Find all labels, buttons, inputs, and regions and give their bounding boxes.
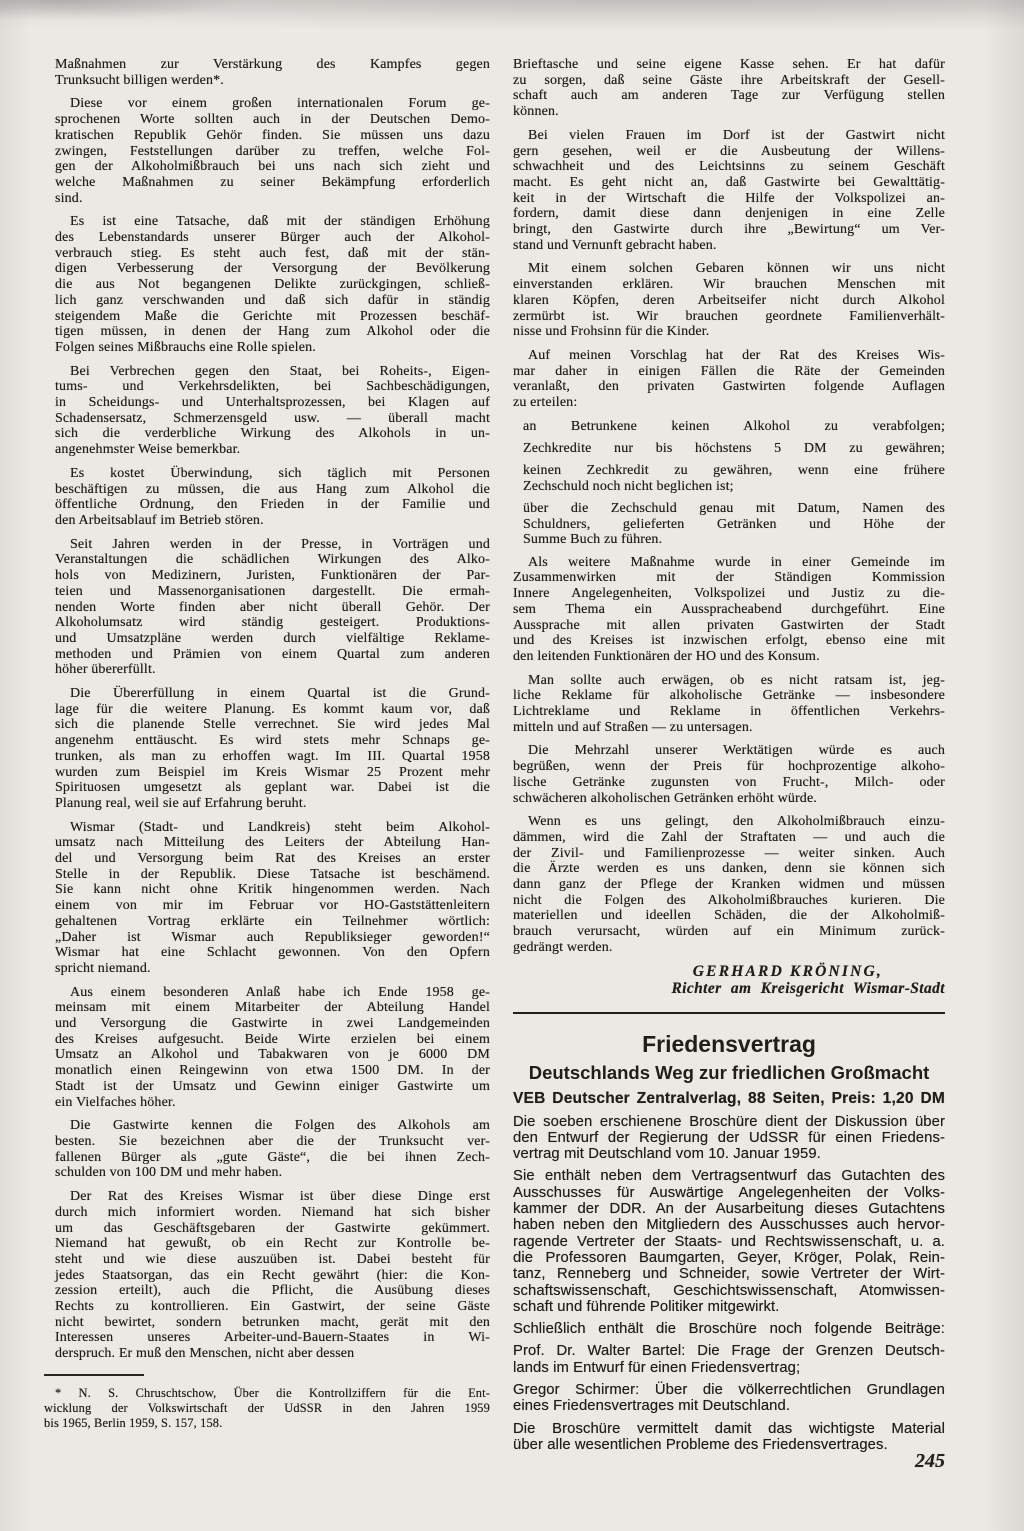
text-line: zermürbt ist. Wir brauchen geordnete Fam… [513,309,945,325]
text-line: Bei vielen Frauen im Dorf ist der Gastwi… [513,128,945,144]
text-line: Es kostet Überwindung, sich täglich mit … [55,466,490,482]
text-line: umsatz nach Mitteilung des Leiters der A… [55,835,490,851]
text-line: Die Mehrzahl unserer Werktätigen würde e… [513,743,945,759]
text-line: keinen Zechkredit zu gewähren, wenn eine… [523,463,945,479]
list-item: Zechkredite nur bis höchstens 5 DM zu ge… [523,441,945,457]
text-line: ein Vielfaches höher. [55,1095,490,1111]
text-line: tanz, Renneberg und Schneider, sowie Ver… [513,1266,945,1282]
signature-role: Richter am Kreisgericht Wismar-Stadt [513,980,945,997]
text-line: Gregor Schirmer: Über die völkerrechtlic… [513,1382,945,1398]
text-line: Trunksucht billigen werden*. [55,73,490,89]
text-line: über die Zechschuld genau mit Datum, Nam… [523,501,945,517]
text-line: dämmen, wird die Zahl der Straftaten — u… [513,830,945,846]
text-line: den Entwurf der Regierung der UdSSR für … [513,1130,945,1146]
text-line: Auf meinen Vorschlag hat der Rat des Kre… [513,348,945,364]
text-line: keit in der Wirtschaft die Hilfe der Vol… [513,191,945,207]
text-line: bis 1965, Berlin 1959, S. 157, 158. [44,1416,490,1431]
text-line: an Betrunkene keinen Alkohol zu verabfol… [523,419,945,435]
review-paragraph: Die soeben erschienene Broschüre dient d… [513,1114,945,1163]
text-line: höher übererfüllt. [55,662,490,678]
text-line: bringt, den Gastwirte durch ihre „Bewirt… [513,222,945,238]
text-line: zu sorgen, daß seine Gäste ihre Arbeitsk… [513,73,945,89]
text-line: hols von Medizinern, Juristen, Funktionä… [55,568,490,584]
text-line: angenehmster Weise bemerkbar. [55,442,490,458]
paragraph: Die Übererfüllung in einem Quartal ist d… [55,686,490,812]
text-line: Interessen unseres Arbeiter-und-Bauern-S… [55,1330,490,1346]
text-line: durch mich informiert worden. Niemand ha… [55,1205,490,1221]
text-line: lich ganz verschwanden und daß sich dafü… [55,293,490,309]
paragraph: Wenn es uns gelingt, den Alkoholmißbrauc… [513,814,945,955]
text-line: ragende Vertreter der Staats- und Rechts… [513,1234,945,1250]
text-line: trunken, als man zu erhoffen wagt. Im II… [55,749,490,765]
text-line: derspruch. Er muß den Menschen, nicht ab… [55,1346,490,1362]
text-line: Sie kann nicht ohne Kritik hingenommen w… [55,882,490,898]
text-line: die Professoren Baumgarten, Geyer, Kröge… [513,1250,945,1266]
right-column: Brieftasche und seine eigene Kasse sehen… [513,57,945,1453]
paragraph: Mit einem solchen Gebaren können wir uns… [513,261,945,340]
text-line: den Arbeitsablauf im Betrieb stören. [55,513,490,529]
review-title: Friedensvertrag [513,1031,945,1057]
text-line: del und Versorgung beim Rat des Kreises … [55,851,490,867]
text-line: Aussprache mit allen privaten Gastwirten… [513,618,945,634]
text-line: nenden Worte finden aber nicht überall G… [55,600,490,616]
text-line: Die Gastwirte kennen die Folgen des Alko… [55,1118,490,1134]
footnote: * N. S. Chruschtschow, Über die Kontroll… [44,1386,490,1431]
paragraph: Man sollte auch erwägen, ob es nicht rat… [513,673,945,736]
text-line: Zechkredite nur bis höchstens 5 DM zu ge… [523,441,945,457]
text-line: lage für die weitere Planung. Es kommt k… [55,702,490,718]
text-line: steigendem Maße die Gerichte mit Prozess… [55,309,490,325]
text-line: veranlaßt, den privaten Gastwirten folge… [513,379,945,395]
text-line: über alle wesentlichen Probleme des Frie… [513,1437,945,1453]
text-line: öffentliche Ordnung, den Frieden in der … [55,497,490,513]
text-line: Zechschuld noch nicht beglichen ist; [523,479,945,495]
text-line: schwachheit und des Leichtsinns zu seine… [513,159,945,175]
paragraph: Bei Verbrechen gegen den Staat, bei Rohe… [55,364,490,458]
text-line: Niemand hat gewußt, ob ein Recht zur Kon… [55,1236,490,1252]
text-line: nicht die Folgen des Alkoholmißbrauches … [513,893,945,909]
text-line: gehaltenen Vortrag erklärte ein Teilnehm… [55,914,490,930]
text-line: sem Thema ein Ausspracheabend durchgefüh… [513,602,945,618]
text-line: „Daher ist Wismar auch Republiksieger ge… [55,930,490,946]
text-line: Rechts zu kontrollieren. Ein Gastwirt, d… [55,1299,490,1315]
left-column: Maßnahmen zur Verstärkung des Kampfes ge… [55,57,490,1431]
text-line: Wismar (Stadt- und Landkreis) steht beim… [55,820,490,836]
text-line: Lichtreklame und Reklame in öffentlichen… [513,704,945,720]
signature-name: GERHARD KRÖNING, [513,964,945,980]
text-line: sich die planende Stelle verrechnet. Sie… [55,717,490,733]
text-line: Seit Jahren werden in der Presse, in Vor… [55,537,490,553]
text-line: sprochenen Worte sollten auch in der Deu… [55,112,490,128]
text-line: schaft auch am anderen Tage zur Verfügun… [513,88,945,104]
text-line: Schuldners, gelieferten Getränken und Hö… [523,517,945,533]
text-line: klaren Köpfen, deren Arbeitseifer nicht … [513,293,945,309]
page-number: 245 [905,1450,955,1473]
text-line: beschäftigen zu müssen, die aus Hang zum… [55,482,490,498]
text-line: haben neben den Mitgliedern des Ausschus… [513,1217,945,1233]
text-line: angenehm enttäuscht. Es wird stets mehr … [55,733,490,749]
text-line: die aus Not begangenen Delikte zurückgin… [55,277,490,293]
list-item: keinen Zechkredit zu gewähren, wenn eine… [523,463,945,494]
text-line: fordern, damit diese dann denjenigen in … [513,206,945,222]
text-line: Der Rat des Kreises Wismar ist über dies… [55,1189,490,1205]
text-line: und Umsatzpläne werden durch vielfältige… [55,631,490,647]
paragraph: Die Mehrzahl unserer Werktätigen würde e… [513,743,945,806]
section-divider [513,1012,945,1014]
text-line: welche Maßnahmen zu seiner Bekämpfung er… [55,175,490,191]
text-line: nicht bewirtet, sondern betrunken macht,… [55,1315,490,1331]
text-line: tums- und Verkehrsdelikten, bei Sachbesc… [55,379,490,395]
text-line: des Kreises aufgesucht. Beide Wirte erzi… [55,1032,490,1048]
text-line: Sie enthält neben dem Vertragsentwurf da… [513,1168,945,1184]
text-line: Stelle in der Republik. Diese Tatsache i… [55,867,490,883]
text-line: Planung real, weil sie auf Erfahrung ber… [55,796,490,812]
text-line: mar daher in einigen Fällen die Räte der… [513,364,945,380]
text-line: Wenn es uns gelingt, den Alkoholmißbrauc… [513,814,945,830]
text-line: eines Friedensvertrages mit Deutschland. [513,1398,945,1414]
review-publisher-line: VEB Deutscher Zentralverlag, 88 Seiten, … [513,1090,945,1108]
text-line: schaftswissenschaft, Geschichtswissensch… [513,1283,945,1299]
text-line: kammer der DDR. An der Ausarbeitung dies… [513,1201,945,1217]
text-line: gen der Alkoholmißbrauch bei uns nach si… [55,159,490,175]
paragraph: Die Gastwirte kennen die Folgen des Alko… [55,1118,490,1181]
text-line: Die soeben erschienene Broschüre dient d… [513,1114,945,1130]
paragraph: Der Rat des Kreises Wismar ist über dies… [55,1189,490,1362]
text-line: Die Broschüre vermittelt damit das wicht… [513,1421,945,1437]
text-line: Umsatz an Alkohol und Tabakwaren von je … [55,1047,490,1063]
text-line: * N. S. Chruschtschow, Über die Kontroll… [44,1386,490,1401]
text-line: jedes Staatsorgan, das ein Recht gewährt… [55,1268,490,1284]
text-line: teien und Massenorganisationen dargestel… [55,584,490,600]
review-paragraph: Gregor Schirmer: Über die völkerrechtlic… [513,1382,945,1415]
text-line: Die Übererfüllung in einem Quartal ist d… [55,686,490,702]
text-line: den leitenden Funktionären der HO und de… [513,649,945,665]
text-line: schaft und führende Politiker mitgewirkt… [513,1299,945,1315]
text-line: zu erteilen: [513,395,945,411]
text-line: Ausschusses für Auswärtige Angelegenheit… [513,1185,945,1201]
text-line: vertrag mit Deutschland vom 10. Januar 1… [513,1146,945,1162]
review-paragraph: Prof. Dr. Walter Bartel: Die Frage der G… [513,1343,945,1376]
text-line: die Ärzte werden es uns danken, denn sie… [513,861,945,877]
text-line: steht und wie diese auszuüben ist. Dabei… [55,1252,490,1268]
text-line: gedrängt werden. [513,940,945,956]
text-line: Folgen seines Mißbrauchs eine Rolle spie… [55,340,490,356]
text-line: zwingen, Feststellungen darüber zu treff… [55,144,490,160]
text-line: dann ganz der Pflege der Kranken widmen … [513,877,945,893]
text-line: Es ist eine Tatsache, daß mit der ständi… [55,214,490,230]
text-line: und des Kreises ist inzwischen erfolgt, … [513,633,945,649]
text-line: fallenen Bürger als „gute Gäste“, die be… [55,1150,490,1166]
review-paragraph: Sie enthält neben dem Vertragsentwurf da… [513,1168,945,1315]
paragraph: Es kostet Überwindung, sich täglich mit … [55,466,490,529]
text-line: besten. Sie bezeichnen aber die der Trun… [55,1134,490,1150]
scan-shadow-top [0,0,1024,30]
paragraph: Es ist eine Tatsache, daß mit der ständi… [55,214,490,355]
paragraph: Aus einem besonderen Anlaß habe ich Ende… [55,985,490,1111]
paragraph: Bei vielen Frauen im Dorf ist der Gastwi… [513,128,945,254]
text-line: macht. Es geht nicht an, daß Gastwirte b… [513,175,945,191]
paragraph: Maßnahmen zur Verstärkung des Kampfes ge… [55,57,490,88]
text-line: kratischen Republik Gehör finden. Sie mü… [55,128,490,144]
text-line: Zusammenwirken mit der Ständigen Kommiss… [513,570,945,586]
text-line: Spirituosen umgesetzt als geplant war. D… [55,780,490,796]
text-line: Prof. Dr. Walter Bartel: Die Frage der G… [513,1343,945,1359]
text-line: Schadensersatz, Schmerzensgeld usw. — üb… [55,411,490,427]
text-line: einverstanden erklären. Wir brauchen Men… [513,277,945,293]
text-line: des Lebenstandards unserer Bürger auch d… [55,230,490,246]
text-line: sind. [55,191,490,207]
text-line: brauch verursacht, würden auf ein Minimu… [513,924,945,940]
text-line: der Zivil- und Familienprozesse — weiter… [513,846,945,862]
text-line: um das Geschäftsgebaren der Gastwirte ge… [55,1221,490,1237]
text-line: zession erteilt), auch die Pflicht, die … [55,1283,490,1299]
text-line: stand und Vernunft gebracht haben. [513,238,945,254]
text-line: Als weitere Maßnahme wurde in einer Geme… [513,555,945,571]
scanned-journal-page: Maßnahmen zur Verstärkung des Kampfes ge… [0,0,1024,1531]
paragraph: Seit Jahren werden in der Presse, in Vor… [55,537,490,678]
text-line: Brieftasche und seine eigene Kasse sehen… [513,57,945,73]
text-line: sich die verderbliche Wirkung des Alkoho… [55,426,490,442]
text-line: verbrauch stieg. Es steht auch fest, daß… [55,246,490,262]
text-line: methoden und Prämien von einem Quartal z… [55,647,490,663]
text-line: begrüßen, wenn der Preis für hochprozent… [513,759,945,775]
text-line: Aus einem besonderen Anlaß habe ich Ende… [55,985,490,1001]
text-line: monatlich einen Reingewinn von etwa 1500… [55,1063,490,1079]
review-paragraph: Die Broschüre vermittelt damit das wicht… [513,1421,945,1454]
paragraph: Wismar (Stadt- und Landkreis) steht beim… [55,820,490,977]
text-line: mitteln und auf Straßen — zu untersagen. [513,720,945,736]
review-paragraph: Schließlich enthält die Broschüre noch f… [513,1321,945,1337]
text-line: lische Getränke zugunsten von Frucht-, M… [513,775,945,791]
text-line: Wismar hat eine Schlacht gewonnen. Von d… [55,945,490,961]
paragraph: Als weitere Maßnahme wurde in einer Geme… [513,555,945,665]
text-line: VEB Deutscher Zentralverlag, 88 Seiten, … [513,1090,945,1108]
text-line: schwächeren alkoholischen Getränken erhö… [513,791,945,807]
list-item: an Betrunkene keinen Alkohol zu verabfol… [523,419,945,435]
list-item: über die Zechschuld genau mit Datum, Nam… [523,501,945,548]
text-line: liche Reklame für alkoholische Getränke … [513,688,945,704]
text-line: Summe Buch zu führen. [523,532,945,548]
text-line: schulden von 100 DM und mehr haben. [55,1165,490,1181]
text-line: Schließlich enthält die Broschüre noch f… [513,1321,945,1337]
text-line: einem von mir im Februar vor HO-Gaststät… [55,898,490,914]
text-line: Diese vor einem großen internationalen F… [55,96,490,112]
text-line: nisse und Frohsinn für die Kinder. [513,324,945,340]
paragraph: Diese vor einem großen internationalen F… [55,96,490,206]
text-line: lands im Entwurf für einen Friedensvertr… [513,1360,945,1376]
review-subtitle: Deutschlands Weg zur friedlichen Großmac… [513,1062,945,1084]
footnote-divider [44,1374,144,1376]
text-line: digen Verbesserung der Versorgung der Be… [55,261,490,277]
text-line: Man sollte auch erwägen, ob es nicht rat… [513,673,945,689]
text-line: wurden zum Beispiel im Kreis Wismar 25 P… [55,765,490,781]
text-line: Bei Verbrechen gegen den Staat, bei Rohe… [55,364,490,380]
signature: GERHARD KRÖNING,Richter am Kreisgericht … [513,964,945,997]
paragraph: Brieftasche und seine eigene Kasse sehen… [513,57,945,120]
text-line: und Versorgung die Gastwirte in zwei Lan… [55,1016,490,1032]
text-line: Alkoholumsatz wird ständig gesteigert. P… [55,615,490,631]
text-line: Mit einem solchen Gebaren können wir uns… [513,261,945,277]
text-line: meinsam mit einem Mitarbeiter der Abteil… [55,1000,490,1016]
text-line: gern gesehen, weil er die Ausbeutung der… [513,144,945,160]
text-line: tigen müssen, in denen der Hang zum Alko… [55,324,490,340]
text-line: Veranstaltungen die schädlichen Wirkunge… [55,552,490,568]
text-line: spricht niemand. [55,961,490,977]
text-line: materiellen und ideellen Schäden, die de… [513,908,945,924]
text-line: Maßnahmen zur Verstärkung des Kampfes ge… [55,57,490,73]
text-line: Innere Angelegenheiten, Volkspolizei und… [513,586,945,602]
text-line: können. [513,104,945,120]
text-line: in Scheidungs- und Unterhaltsprozessen, … [55,395,490,411]
text-line: Stadt ist der Umsatz und Gewinn einiger … [55,1079,490,1095]
paragraph: Auf meinen Vorschlag hat der Rat des Kre… [513,348,945,411]
text-line: wicklung der Volkswirtschaft der UdSSR i… [44,1401,490,1416]
